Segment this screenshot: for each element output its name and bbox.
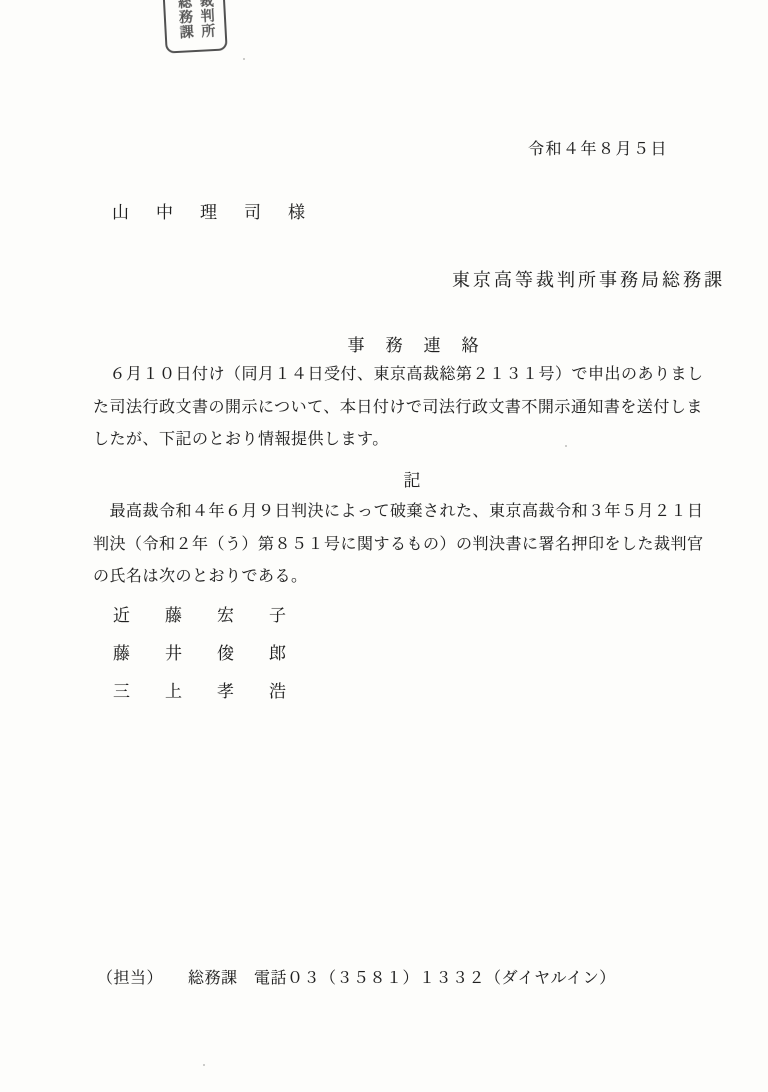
judge-name-list: 近 藤 宏 子 藤 井 俊 郎 三 上 孝 浩 <box>113 597 295 711</box>
seal-column-left: 総務課 <box>176 0 193 40</box>
paragraph-notice-line: ６月１０日付け（同月１４日受付、東京高裁総第２１３１号）で申出のありまし <box>93 359 711 392</box>
court-receipt-seal: 裁判所総務課 <box>162 0 227 54</box>
judge-name: 藤 井 俊 郎 <box>113 635 295 673</box>
seal-column-right: 裁判所 <box>197 0 214 39</box>
paragraph-notice-line: た司法行政文書の開示について、本日付けで司法行政文書不開示通知書を送付しま <box>93 392 711 425</box>
paragraph-notice: ６月１０日付け（同月１４日受付、東京高裁総第２１３１号）で申出のありまし た司法… <box>93 359 711 457</box>
scan-speck <box>203 1064 205 1066</box>
contact-info-line: （担当） 総務課 電話０３（３５８１）１３３２（ダイヤルイン） <box>97 965 616 988</box>
scanned-letter-page: 裁判所総務課 令和４年８月５日 山 中 理 司 様 東京高等裁判所事務局総務課 … <box>0 0 768 1092</box>
paragraph-notice-line: したが、下記のとおり情報提供します。 <box>93 424 711 457</box>
paragraph-details-line: 最高裁令和４年６月９日判決によって破棄された、東京高裁令和３年５月２１日 <box>93 496 711 529</box>
date-line: 令和４年８月５日 <box>528 136 668 159</box>
document-title: 事 務 連 絡 <box>30 331 768 356</box>
court-receipt-seal-text: 裁判所総務課 <box>172 0 218 51</box>
judge-name: 三 上 孝 浩 <box>113 673 295 711</box>
ki-section-marker: 記 <box>28 466 768 491</box>
paragraph-details-line: の氏名は次のとおりである。 <box>93 561 711 594</box>
paragraph-details: 最高裁令和４年６月９日判決によって破棄された、東京高裁令和３年５月２１日 判決（… <box>93 496 711 594</box>
scan-speck <box>565 445 567 447</box>
addressee-name: 山 中 理 司 様 <box>112 198 310 223</box>
judge-name: 近 藤 宏 子 <box>113 597 295 635</box>
scan-speck <box>243 58 245 60</box>
sender-organization: 東京高等裁判所事務局総務課 <box>452 266 725 292</box>
paragraph-details-line: 判決（令和２年（う）第８５１号に関するもの）の判決書に署名押印をした裁判官 <box>93 529 711 562</box>
